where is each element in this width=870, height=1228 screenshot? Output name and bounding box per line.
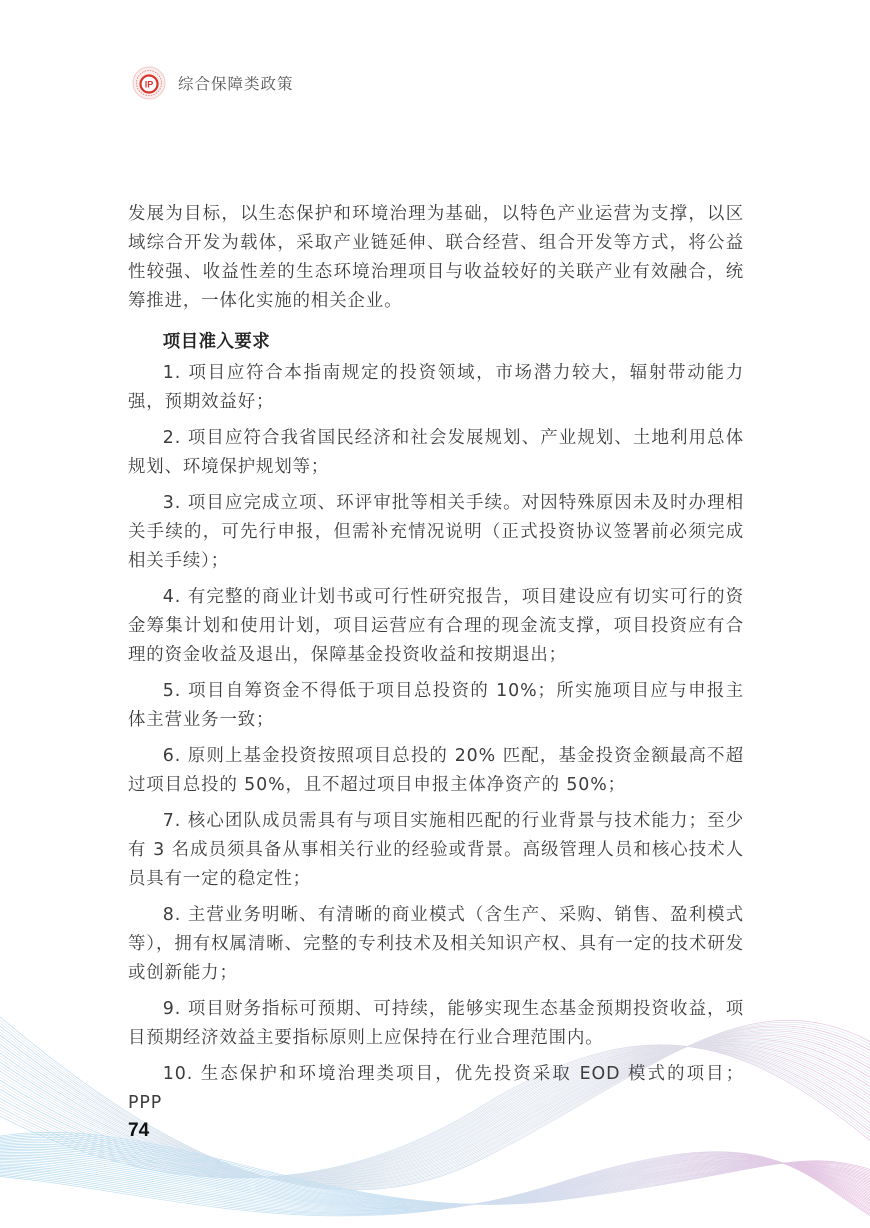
requirement-item-5: 5. 项目自筹资金不得低于项目总投资的 10%；所实施项目应与申报主体主营业务一… [128,677,744,735]
svg-text:IP: IP [145,80,154,90]
section-heading: 项目准入要求 [128,328,744,357]
page-number: 74 [128,1120,149,1142]
requirement-item-3: 3. 项目应完成立项、环评审批等相关手续。对因特殊原因未及时办理相关手续的，可先… [128,489,744,576]
requirement-item-7: 7. 核心团队成员需具有与项目实施相匹配的行业背景与技术能力；至少有 3 名成员… [128,807,744,894]
requirement-item-8: 8. 主营业务明晰、有清晰的商业模式（含生产、采购、销售、盈利模式等），拥有权属… [128,901,744,988]
section-header-title: 综合保障类政策 [178,72,294,94]
requirement-item-2: 2. 项目应符合我省国民经济和社会发展规划、产业规划、土地利用总体规划、环境保护… [128,424,744,482]
org-seal-logo-icon: IP [132,66,166,100]
requirement-item-10: 10. 生态保护和环境治理类项目，优先投资采取 EOD 模式的项目；PPP [128,1060,744,1118]
requirement-item-4: 4. 有完整的商业计划书或可行性研究报告，项目建设应有切实可行的资金筹集计划和使… [128,583,744,670]
requirement-item-6: 6. 原则上基金投资按照项目总投的 20% 匹配，基金投资金额最高不超过项目总投… [128,742,744,800]
page-header: IP 综合保障类政策 [132,64,294,102]
document-body: 发展为目标，以生态保护和环境治理为基础，以特色产业运营为支撑，以区域综合开发为载… [128,200,744,1118]
requirement-item-1: 1. 项目应符合本指南规定的投资领域，市场潜力较大，辐射带动能力强，预期效益好； [128,359,744,417]
requirement-item-9: 9. 项目财务指标可预期、可持续，能够实现生态基金预期投资收益，项目预期经济效益… [128,995,744,1053]
intro-paragraph: 发展为目标，以生态保护和环境治理为基础，以特色产业运营为支撑，以区域综合开发为载… [128,200,744,316]
